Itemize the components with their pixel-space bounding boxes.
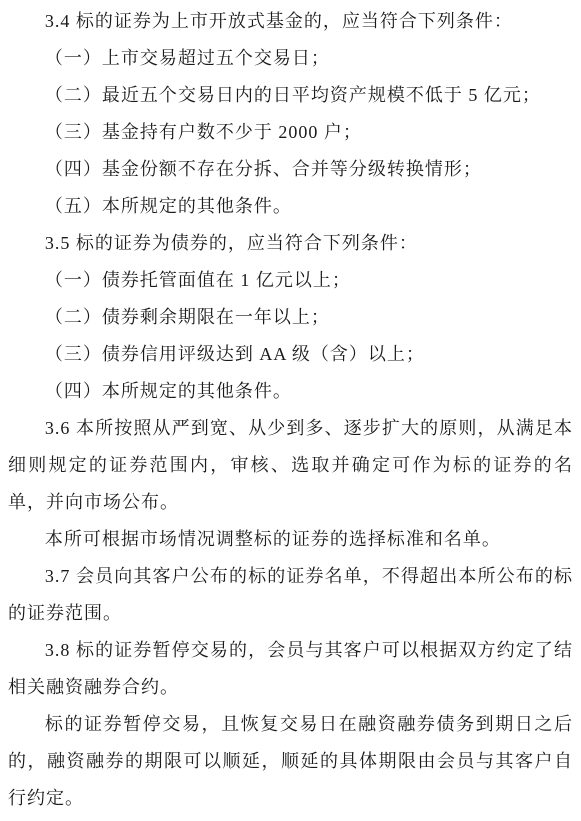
paragraph: 3.6 本所按照从严到宽、从少到多、逐步扩大的原则，从满足本细则规定的证券范围内… bbox=[8, 410, 573, 521]
paragraph: （三）基金持有户数不少于 2000 户； bbox=[8, 114, 573, 151]
paragraph: （五）本所规定的其他条件。 bbox=[8, 188, 573, 225]
paragraph: （二）债券剩余期限在一年以上； bbox=[8, 299, 573, 336]
paragraph: （二）最近五个交易日内的日平均资产规模不低于 5 亿元； bbox=[8, 77, 573, 114]
paragraph: （三）债券信用评级达到 AA 级（含）以上； bbox=[8, 336, 573, 373]
paragraph: 3.4 标的证券为上市开放式基金的，应当符合下列条件： bbox=[8, 3, 573, 40]
paragraph: 3.5 标的证券为债券的，应当符合下列条件： bbox=[8, 225, 573, 262]
paragraph: （一）上市交易超过五个交易日； bbox=[8, 40, 573, 77]
paragraph: （四）基金份额不存在分拆、合并等分级转换情形； bbox=[8, 151, 573, 188]
paragraph: 3.7 会员向其客户公布的标的证券名单，不得超出本所公布的标的证券范围。 bbox=[8, 558, 573, 632]
paragraph: 本所可根据市场情况调整标的证券的选择标准和名单。 bbox=[8, 521, 573, 558]
paragraph: （四）本所规定的其他条件。 bbox=[8, 373, 573, 410]
paragraph: 3.8 标的证券暂停交易的，会员与其客户可以根据双方约定了结相关融资融券合约。 bbox=[8, 632, 573, 706]
document-page: 3.4 标的证券为上市开放式基金的，应当符合下列条件：（一）上市交易超过五个交易… bbox=[0, 0, 581, 821]
paragraph: （一）债券托管面值在 1 亿元以上； bbox=[8, 262, 573, 299]
paragraph: 标的证券暂停交易，且恢复交易日在融资融券债务到期日之后的，融资融券的期限可以顺延… bbox=[8, 706, 573, 817]
